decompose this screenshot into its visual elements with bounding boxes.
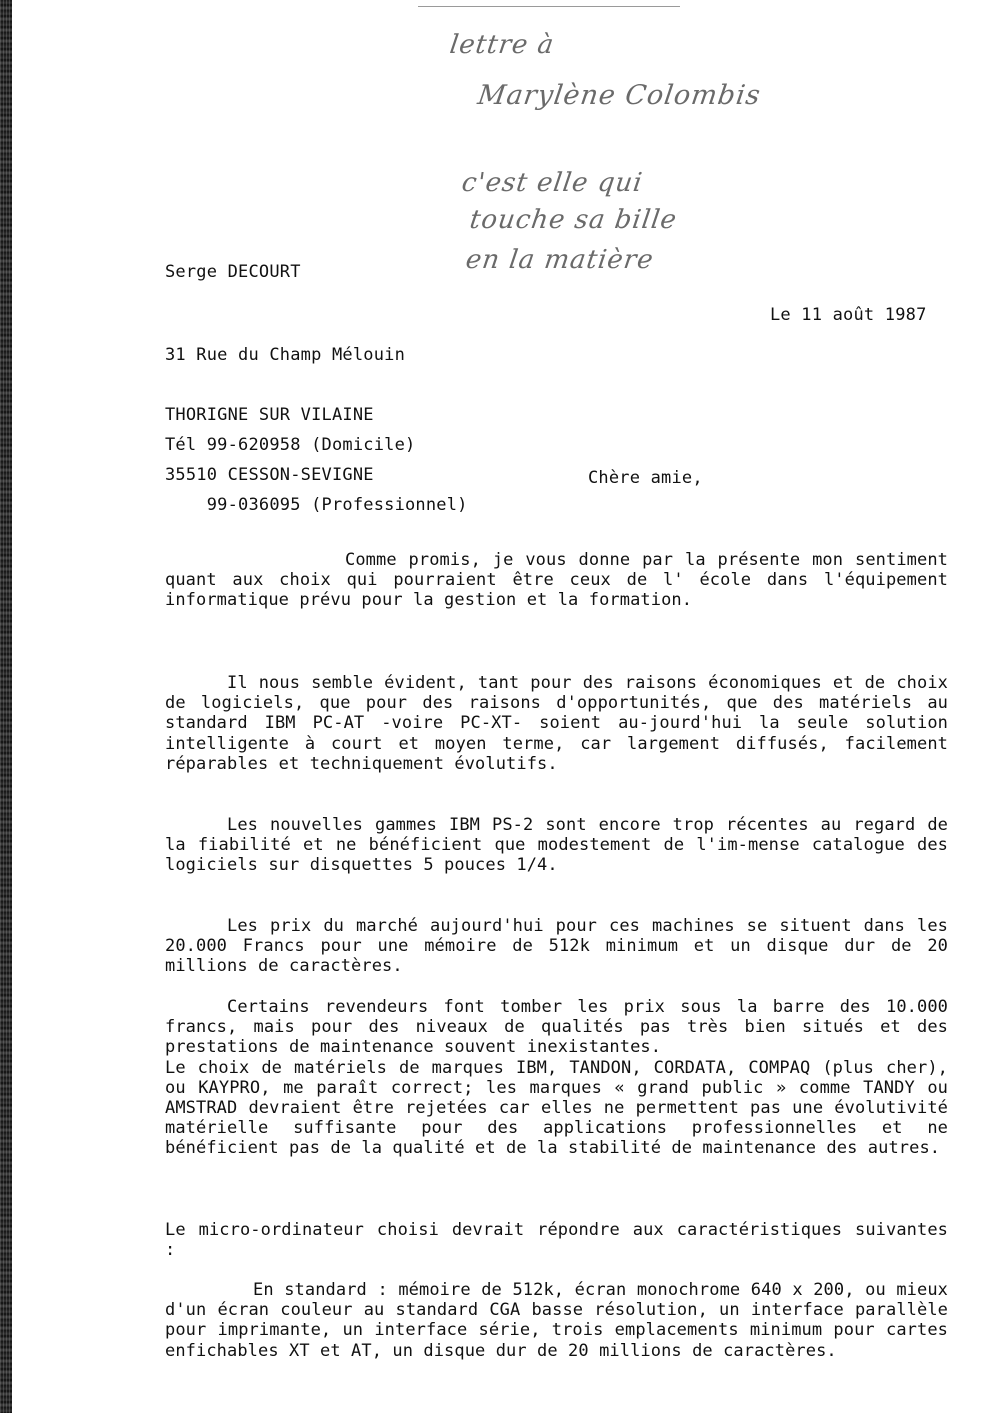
paragraph-text: Les nouvelles gammes IBM PS-2 sont encor… <box>165 815 948 876</box>
phone-line: 99-036095 (Professionnel) <box>165 495 468 515</box>
paragraph-intro: Comme promis, je vous donne par la prése… <box>165 550 948 611</box>
phone-line: Tél 99-620958 (Domicile) <box>165 435 468 455</box>
paragraph-text: Les prix du marché aujourd'hui pour ces … <box>165 916 948 977</box>
sender-phones: Tél 99-620958 (Domicile) 99-036095 (Prof… <box>165 395 468 535</box>
paragraph-requirements-intro: Le micro-ordinateur choisi devrait répon… <box>165 1220 948 1260</box>
paragraph-prices: Les prix du marché aujourd'hui pour ces … <box>165 916 948 977</box>
paragraph-text: Le micro-ordinateur choisi devrait répon… <box>165 1220 948 1260</box>
paragraph-ps2: Les nouvelles gammes IBM PS-2 sont encor… <box>165 815 948 876</box>
letter-date: Le 11 août 1987 <box>770 305 927 325</box>
handwritten-line: Marylène Colombis <box>476 80 763 111</box>
scan-edge-artifact <box>0 0 12 1413</box>
top-rule <box>418 6 680 7</box>
paragraph-text: Le choix de matériels de marques IBM, TA… <box>165 1058 948 1159</box>
paragraph-text: Comme promis, je vous donne par la prése… <box>165 550 948 611</box>
paragraph-ibm-standard: Il nous semble évident, tant pour des ra… <box>165 673 948 774</box>
salutation: Chère amie, <box>588 468 703 488</box>
handwritten-line: touche sa bille <box>468 205 679 235</box>
address-line: 31 Rue du Champ Mélouin <box>165 345 405 365</box>
paragraph-text: Il nous semble évident, tant pour des ra… <box>165 673 948 774</box>
handwritten-line: en la matière <box>464 245 656 275</box>
handwritten-line: lettre à <box>448 30 556 60</box>
paragraph-text: Certains revendeurs font tomber les prix… <box>165 997 948 1058</box>
paragraph-resellers-brands: Certains revendeurs font tomber les prix… <box>165 997 948 1159</box>
handwritten-line: c'est elle qui <box>460 168 645 198</box>
sender-name: Serge DECOURT <box>165 262 301 282</box>
paragraph-text: En standard : mémoire de 512k, écran mon… <box>165 1280 948 1361</box>
paragraph-requirements: En standard : mémoire de 512k, écran mon… <box>165 1280 948 1361</box>
